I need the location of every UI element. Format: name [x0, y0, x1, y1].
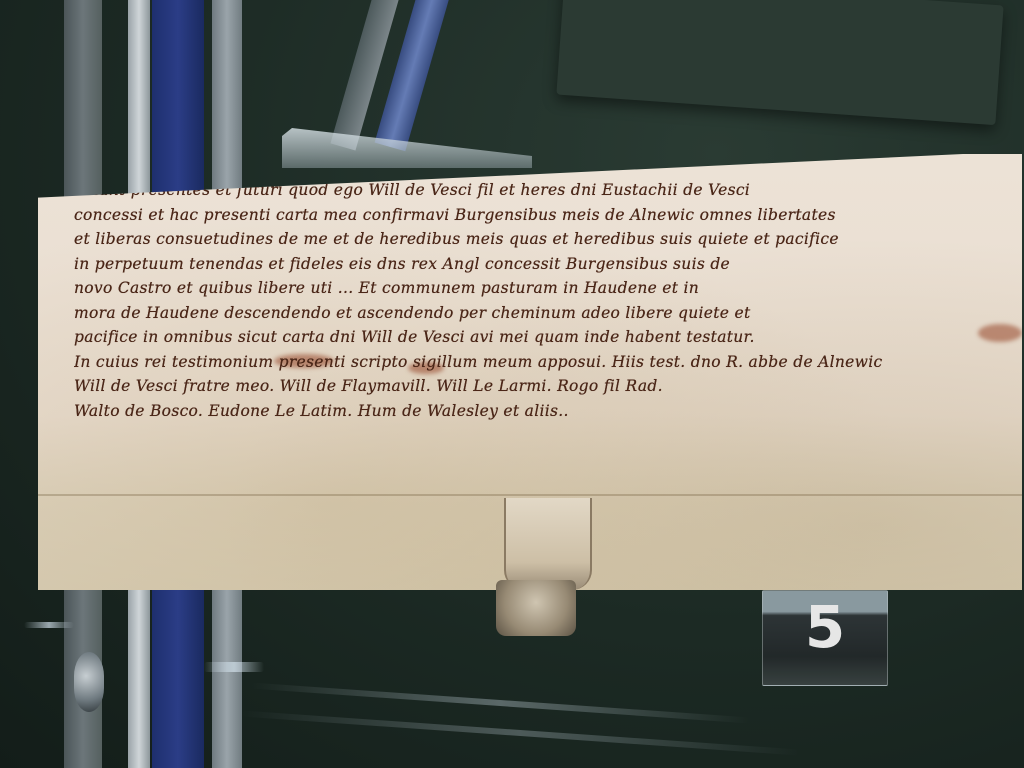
charter-line: et liberas consuetudines de me et de her… — [74, 227, 1002, 252]
glass-reflection — [204, 662, 264, 672]
exhibit-number-plaque: 5 — [762, 590, 888, 686]
charter-line: in perpetuum tenendas et fideles eis dns… — [74, 252, 1002, 277]
charter-line: In cuius rei testimonium presenti script… — [74, 350, 1002, 375]
parchment-fold — [38, 494, 1022, 496]
charter-text: Sciant presentes et futuri quod ego Will… — [74, 178, 1002, 423]
glass-reflection — [24, 622, 74, 628]
charter-line: novo Castro et quibus libere uti ... Et … — [74, 276, 1002, 301]
charter-line: pacifice in omnibus sicut carta dni Will… — [74, 325, 1002, 350]
seal-fragment — [496, 580, 576, 636]
charter-line: mora de Haudene descendendo et ascendend… — [74, 301, 1002, 326]
charter-line: concessi et hac presenti carta mea confi… — [74, 203, 1002, 228]
seal-tag — [504, 498, 592, 590]
case-hinge-knob — [74, 652, 104, 712]
background-felt-panel — [556, 0, 1003, 125]
charter-line: Walto de Bosco. Eudone Le Latim. Hum de … — [74, 399, 1002, 424]
display-case-background: Sciant presentes et futuri quod ego Will… — [0, 0, 1024, 768]
exhibit-number: 5 — [763, 593, 887, 661]
charter-line: Will de Vesci fratre meo. Will de Flayma… — [74, 374, 1002, 399]
